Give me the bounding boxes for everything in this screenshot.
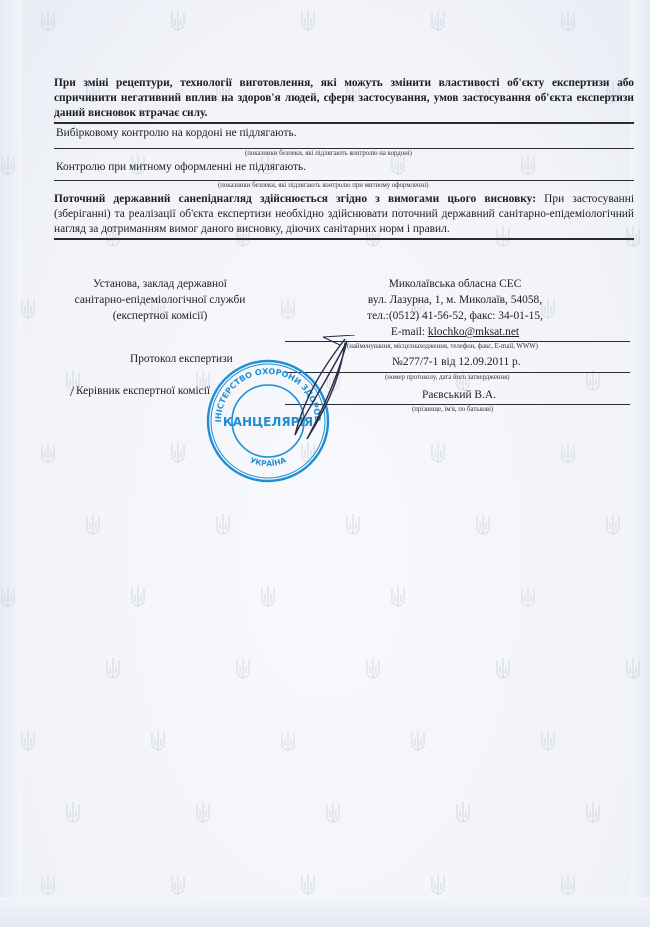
- institution-label: Установа, заклад державної санітарно-епі…: [60, 276, 260, 324]
- protocol-value: №277/7-1 від 12.09.2011 р.: [392, 356, 521, 368]
- trident-watermark-icon: [40, 10, 56, 36]
- institution-label-line1: Установа, заклад державної: [60, 276, 260, 292]
- trident-watermark-icon: [20, 298, 36, 324]
- trident-watermark-icon: [280, 730, 296, 756]
- trident-watermark-icon: [390, 154, 406, 180]
- border-control-value: Вибірковому контролю на кордоні не підля…: [56, 127, 297, 139]
- divider: [54, 180, 634, 181]
- head-value: Раєвський В.А.: [422, 389, 496, 401]
- email-label: E-mail:: [391, 326, 428, 338]
- trident-watermark-icon: [475, 514, 491, 540]
- trident-watermark-icon: [540, 730, 556, 756]
- trident-watermark-icon: [260, 586, 276, 612]
- divider: [54, 122, 634, 124]
- divider: [54, 148, 634, 149]
- trident-watermark-icon: [170, 10, 186, 36]
- border-control-caption: (показники безпеки, які підлягають контр…: [245, 150, 412, 157]
- trident-watermark-icon: [345, 514, 361, 540]
- customs-control-value: Контролю при митному оформленні не підля…: [56, 161, 306, 173]
- trident-watermark-icon: [170, 442, 186, 468]
- trident-watermark-icon: [410, 730, 426, 756]
- institution-phone: тел.:(0512) 41-56-52, факс: 34-01-15,: [330, 308, 580, 324]
- scan-edge-bottom: [0, 897, 650, 927]
- trident-watermark-icon: [235, 658, 251, 684]
- head-label: Керівник експертної комісії: [76, 385, 210, 397]
- slash-mark: /: [70, 386, 74, 398]
- trident-watermark-icon: [430, 442, 446, 468]
- trident-watermark-icon: [560, 10, 576, 36]
- trident-watermark-icon: [585, 370, 601, 396]
- customs-control-caption: (показники безпеки, які підлягають контр…: [218, 182, 428, 189]
- signature-icon: [285, 335, 385, 445]
- trident-watermark-icon: [520, 586, 536, 612]
- trident-watermark-icon: [390, 586, 406, 612]
- trident-watermark-icon: [215, 514, 231, 540]
- trident-watermark-icon: [300, 10, 316, 36]
- trident-watermark-icon: [560, 442, 576, 468]
- institution-details: Миколаївська обласна СЕС вул. Лазурна, 1…: [330, 276, 580, 340]
- trident-watermark-icon: [40, 442, 56, 468]
- institution-address: вул. Лазурна, 1, м. Миколаїв, 54058,: [330, 292, 580, 308]
- trident-watermark-icon: [585, 802, 601, 828]
- trident-watermark-icon: [325, 802, 341, 828]
- trident-watermark-icon: [85, 514, 101, 540]
- trident-watermark-icon: [605, 514, 621, 540]
- trident-watermark-icon: [105, 658, 121, 684]
- protocol-caption: (номер протоколу, дата його затвердження…: [385, 374, 510, 381]
- warning-paragraph: При зміні рецептури, технології виготовл…: [54, 76, 634, 121]
- scan-edge-right: [630, 0, 650, 927]
- trident-watermark-icon: [20, 730, 36, 756]
- trident-watermark-icon: [150, 730, 166, 756]
- institution-name: Миколаївська обласна СЕС: [330, 276, 580, 292]
- trident-watermark-icon: [195, 802, 211, 828]
- trident-watermark-icon: [520, 154, 536, 180]
- trident-watermark-icon: [65, 802, 81, 828]
- supervision-paragraph: Поточний державний санепіднагляд здійсню…: [54, 192, 634, 237]
- trident-watermark-icon: [130, 586, 146, 612]
- scan-edge-left: [0, 0, 22, 927]
- trident-watermark-icon: [280, 298, 296, 324]
- trident-watermark-icon: [430, 10, 446, 36]
- divider: [54, 238, 634, 240]
- institution-label-line3: (експертної комісії): [60, 308, 260, 324]
- email-link[interactable]: klochko@mksat.net: [428, 326, 519, 338]
- trident-watermark-icon: [455, 802, 471, 828]
- institution-label-line2: санітарно-епідеміологічної служби: [60, 292, 260, 308]
- head-caption: (прізвище, ім'я, по батькові): [412, 406, 493, 413]
- document-page: При зміні рецептури, технології виготовл…: [0, 0, 650, 927]
- trident-watermark-icon: [495, 658, 511, 684]
- trident-watermark-icon: [365, 658, 381, 684]
- supervision-lead: Поточний державний санепіднагляд здійсню…: [54, 193, 536, 205]
